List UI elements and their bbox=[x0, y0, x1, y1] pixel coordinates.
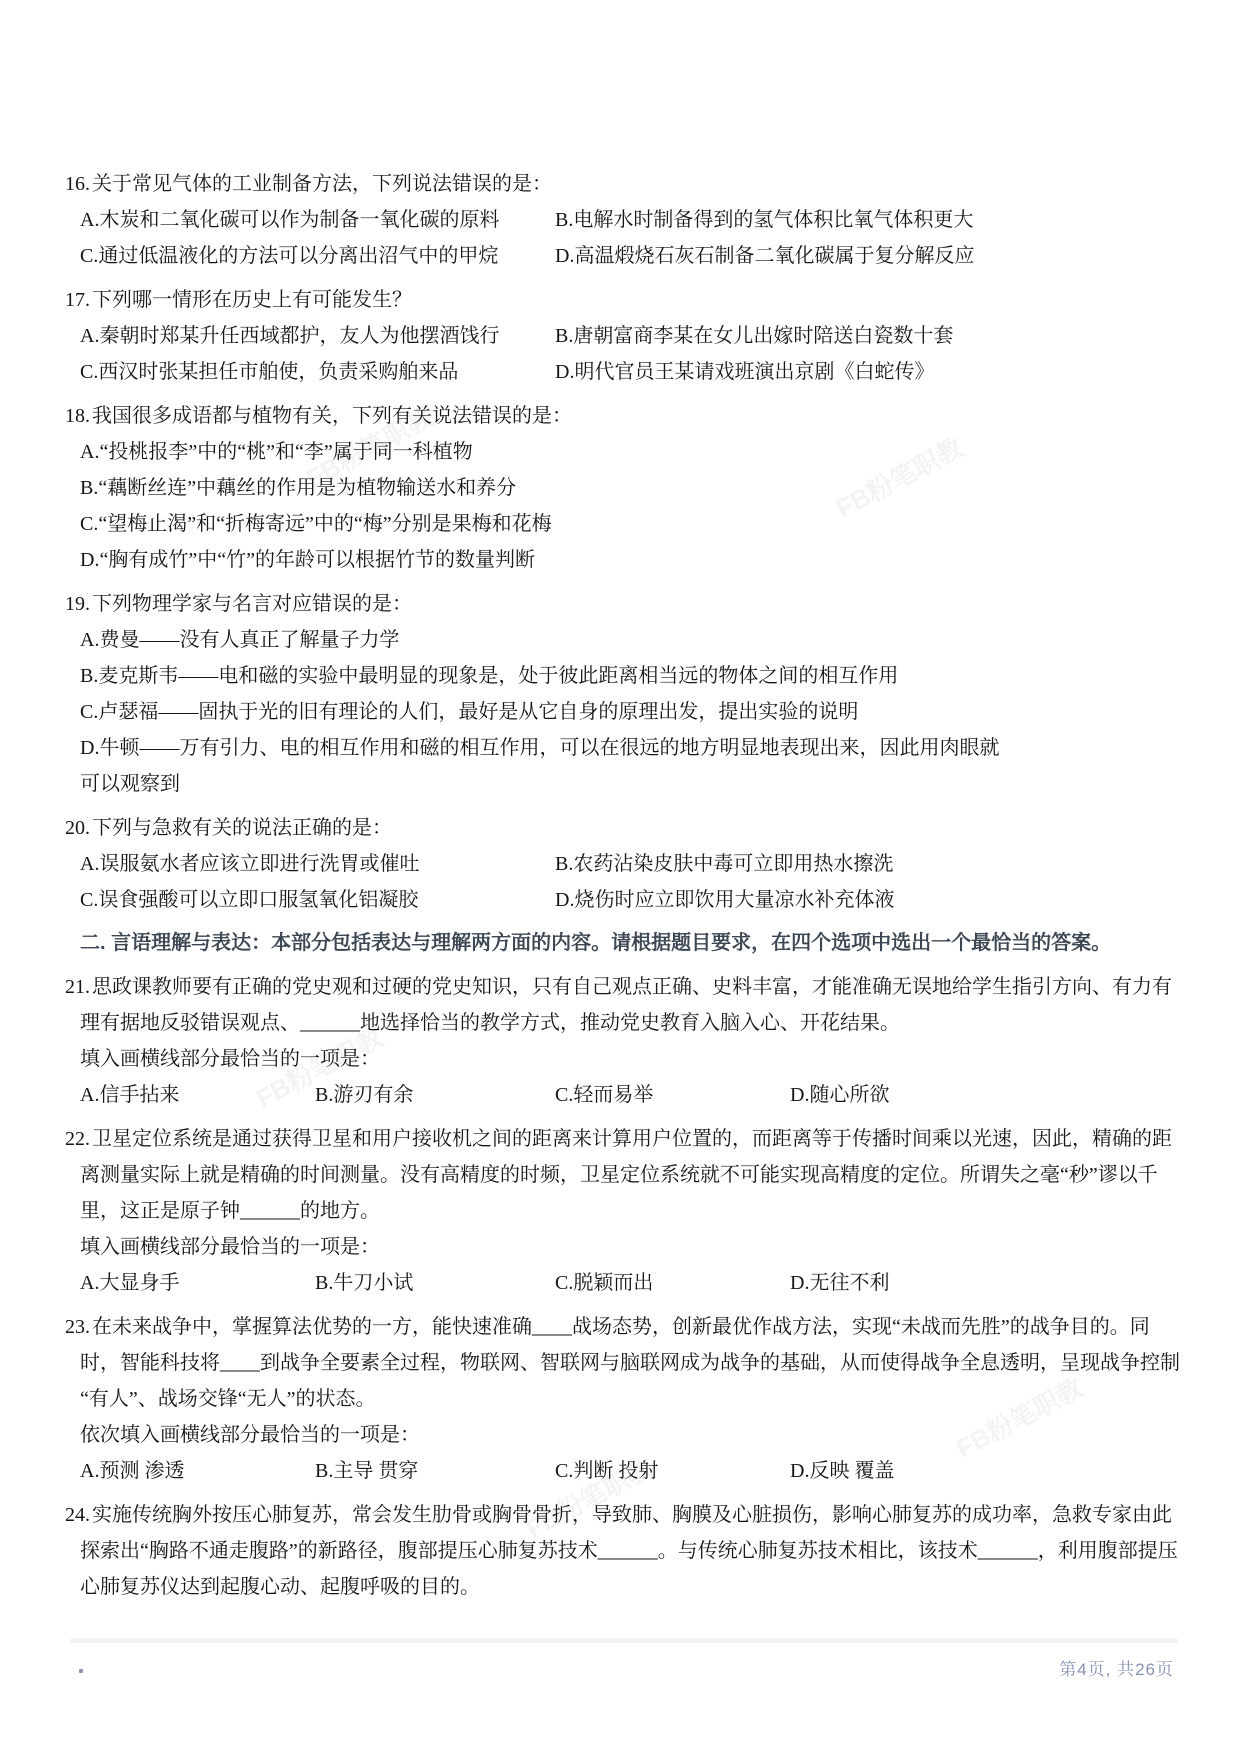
question-text: 卫星定位系统是通过获得卫星和用户接收机之间的距离来计算用户位置的，而距离等于传播… bbox=[80, 1128, 1172, 1222]
question-text: 关于常见气体的工业制备方法，下列说法错误的是： bbox=[92, 173, 552, 195]
option-d: D.无往不利 bbox=[790, 1265, 1188, 1301]
question-number: 20. bbox=[65, 817, 90, 839]
question-18: 18.我国很多成语都与植物有关，下列有关说法错误的是： A.“投桃报李”中的“桃… bbox=[65, 398, 1188, 578]
question-22: 22.卫星定位系统是通过获得卫星和用户接收机之间的距离来计算用户位置的，而距离等… bbox=[65, 1121, 1188, 1301]
question-stem: 22.卫星定位系统是通过获得卫星和用户接收机之间的距离来计算用户位置的，而距离等… bbox=[65, 1121, 1188, 1229]
question-number: 18. bbox=[65, 405, 90, 427]
option-d: D.反映 覆盖 bbox=[790, 1453, 1188, 1489]
question-19: 19.下列物理学家与名言对应错误的是： A.费曼——没有人真正了解量子力学 B.… bbox=[65, 586, 1188, 802]
option-a: A.大显身手 bbox=[80, 1265, 315, 1301]
option-b: B.电解水时制备得到的氢气体积比氧气体积更大 bbox=[555, 202, 1188, 238]
option-d: D.高温煅烧石灰石制备二氧化碳属于复分解反应 bbox=[555, 238, 1188, 274]
option-b: B.主导 贯穿 bbox=[315, 1453, 555, 1489]
question-text: 下列物理学家与名言对应错误的是： bbox=[92, 593, 412, 615]
option-d: D.“胸有成竹”中“竹”的年龄可以根据竹节的数量判断 bbox=[80, 542, 1188, 578]
option-a: A.误服氨水者应该立即进行洗胃或催吐 bbox=[80, 846, 555, 882]
options: A.信手拈来 B.游刃有余 C.轻而易举 D.随心所欲 bbox=[65, 1077, 1188, 1113]
question-stem: 18.我国很多成语都与植物有关，下列有关说法错误的是： bbox=[65, 398, 1188, 434]
option-b: B.唐朝富商李某在女儿出嫁时陪送白瓷数十套 bbox=[555, 318, 1188, 354]
option-d: D.随心所欲 bbox=[790, 1077, 1188, 1113]
option-c: C.误食强酸可以立即口服氢氧化铝凝胶 bbox=[80, 882, 555, 918]
option-c: C.脱颖而出 bbox=[555, 1265, 790, 1301]
question-number: 21. bbox=[65, 976, 90, 998]
question-17: 17.下列哪一情形在历史上有可能发生？ A.秦朝时郑某升任西域都护，友人为他摆酒… bbox=[65, 282, 1188, 390]
option-c: C.轻而易举 bbox=[555, 1077, 790, 1113]
document-page: FB粉笔职教 FB粉笔职教 FB粉笔职教 FB粉笔职教 FB粉笔职教 16.关于… bbox=[0, 0, 1240, 1754]
options: A.木炭和二氧化碳可以作为制备一氧化碳的原料 B.电解水时制备得到的氢气体积比氧… bbox=[65, 202, 1188, 274]
option-a: A.“投桃报李”中的“桃”和“李”属于同一科植物 bbox=[80, 434, 1188, 470]
question-stem: 20.下列与急救有关的说法正确的是： bbox=[65, 810, 1188, 846]
option-a: A.信手拈来 bbox=[80, 1077, 315, 1113]
options: A.费曼——没有人真正了解量子力学 B.麦克斯韦——电和磁的实验中最明显的现象是… bbox=[65, 622, 1188, 802]
question-prompt: 填入画横线部分最恰当的一项是： bbox=[65, 1041, 1188, 1077]
question-number: 19. bbox=[65, 593, 90, 615]
option-b: B.麦克斯韦——电和磁的实验中最明显的现象是，处于彼此距离相当远的物体之间的相互… bbox=[80, 658, 1188, 694]
questions-area: 16.关于常见气体的工业制备方法，下列说法错误的是： A.木炭和二氧化碳可以作为… bbox=[65, 166, 1188, 1613]
options: A.“投桃报李”中的“桃”和“李”属于同一科植物 B.“藕断丝连”中藕丝的作用是… bbox=[65, 434, 1188, 578]
question-prompt: 填入画横线部分最恰当的一项是： bbox=[65, 1229, 1188, 1265]
footer-dot bbox=[79, 1669, 83, 1673]
question-16: 16.关于常见气体的工业制备方法，下列说法错误的是： A.木炭和二氧化碳可以作为… bbox=[65, 166, 1188, 274]
option-d: D.明代官员王某请戏班演出京剧《白蛇传》 bbox=[555, 354, 1188, 390]
options: A.预测 渗透 B.主导 贯穿 C.判断 投射 D.反映 覆盖 bbox=[65, 1453, 1188, 1489]
option-a: A.秦朝时郑某升任西域都护，友人为他摆酒饯行 bbox=[80, 318, 555, 354]
option-a: A.预测 渗透 bbox=[80, 1453, 315, 1489]
option-c: C.卢瑟福——固执于光的旧有理论的人们，最好是从它自身的原理出发，提出实验的说明 bbox=[80, 694, 1188, 730]
question-text: 我国很多成语都与植物有关，下列有关说法错误的是： bbox=[92, 405, 572, 427]
question-stem: 16.关于常见气体的工业制备方法，下列说法错误的是： bbox=[65, 166, 1188, 202]
question-number: 16. bbox=[65, 173, 90, 195]
options: A.误服氨水者应该立即进行洗胃或催吐 B.农药沾染皮肤中毒可立即用热水擦洗 C.… bbox=[65, 846, 1188, 918]
option-b: B.农药沾染皮肤中毒可立即用热水擦洗 bbox=[555, 846, 1188, 882]
question-24: 24.实施传统胸外按压心肺复苏，常会发生肋骨或胸骨骨折，导致肺、胸膜及心脏损伤，… bbox=[65, 1497, 1188, 1605]
option-c: C.通过低温液化的方法可以分离出沼气中的甲烷 bbox=[80, 238, 555, 274]
question-text: 实施传统胸外按压心肺复苏，常会发生肋骨或胸骨骨折，导致肺、胸膜及心脏损伤，影响心… bbox=[80, 1504, 1178, 1598]
question-20: 20.下列与急救有关的说法正确的是： A.误服氨水者应该立即进行洗胃或催吐 B.… bbox=[65, 810, 1188, 918]
question-number: 24. bbox=[65, 1504, 90, 1526]
question-21: 21.思政课教师要有正确的党史观和过硬的党史知识，只有自己观点正确、史料丰富，才… bbox=[65, 969, 1188, 1113]
page-number-indicator: 第4页, 共26页 bbox=[1059, 1652, 1174, 1688]
options: A.秦朝时郑某升任西域都护，友人为他摆酒饯行 B.唐朝富商李某在女儿出嫁时陪送白… bbox=[65, 318, 1188, 390]
question-text: 下列与急救有关的说法正确的是： bbox=[92, 817, 392, 839]
option-d: D.烧伤时应立即饮用大量凉水补充体液 bbox=[555, 882, 1188, 918]
option-b: B.游刃有余 bbox=[315, 1077, 555, 1113]
question-number: 17. bbox=[65, 289, 90, 311]
question-number: 22. bbox=[65, 1128, 90, 1150]
question-stem: 21.思政课教师要有正确的党史观和过硬的党史知识，只有自己观点正确、史料丰富，才… bbox=[65, 969, 1188, 1041]
options: A.大显身手 B.牛刀小试 C.脱颖而出 D.无往不利 bbox=[65, 1265, 1188, 1301]
option-c: C.判断 投射 bbox=[555, 1453, 790, 1489]
question-stem: 24.实施传统胸外按压心肺复苏，常会发生肋骨或胸骨骨折，导致肺、胸膜及心脏损伤，… bbox=[65, 1497, 1188, 1605]
question-text: 下列哪一情形在历史上有可能发生？ bbox=[92, 289, 412, 311]
option-a: A.费曼——没有人真正了解量子力学 bbox=[80, 622, 1188, 658]
question-stem: 19.下列物理学家与名言对应错误的是： bbox=[65, 586, 1188, 622]
option-c: C.“望梅止渴”和“折梅寄远”中的“梅”分别是果梅和花梅 bbox=[80, 506, 1188, 542]
question-text: 在未来战争中，掌握算法优势的一方，能快速准确____战场态势，创新最优作战方法，… bbox=[80, 1316, 1180, 1410]
question-23: 23.在未来战争中，掌握算法优势的一方，能快速准确____战场态势，创新最优作战… bbox=[65, 1309, 1188, 1489]
section-header: 二. 言语理解与表达：本部分包括表达与理解两方面的内容。请根据题目要求，在四个选… bbox=[65, 926, 1188, 961]
footer-divider bbox=[70, 1638, 1178, 1643]
option-d: D.牛顿——万有引力、电的相互作用和磁的相互作用，可以在很远的地方明显地表现出来… bbox=[80, 730, 1015, 802]
question-stem: 17.下列哪一情形在历史上有可能发生？ bbox=[65, 282, 1188, 318]
option-b: B.“藕断丝连”中藕丝的作用是为植物输送水和养分 bbox=[80, 470, 1188, 506]
question-text: 思政课教师要有正确的党史观和过硬的党史知识，只有自己观点正确、史料丰富，才能准确… bbox=[80, 976, 1172, 1034]
option-c: C.西汉时张某担任市舶使，负责采购舶来品 bbox=[80, 354, 555, 390]
question-stem: 23.在未来战争中，掌握算法优势的一方，能快速准确____战场态势，创新最优作战… bbox=[65, 1309, 1188, 1417]
question-number: 23. bbox=[65, 1316, 90, 1338]
question-prompt: 依次填入画横线部分最恰当的一项是： bbox=[65, 1417, 1188, 1453]
option-b: B.牛刀小试 bbox=[315, 1265, 555, 1301]
option-a: A.木炭和二氧化碳可以作为制备一氧化碳的原料 bbox=[80, 202, 555, 238]
